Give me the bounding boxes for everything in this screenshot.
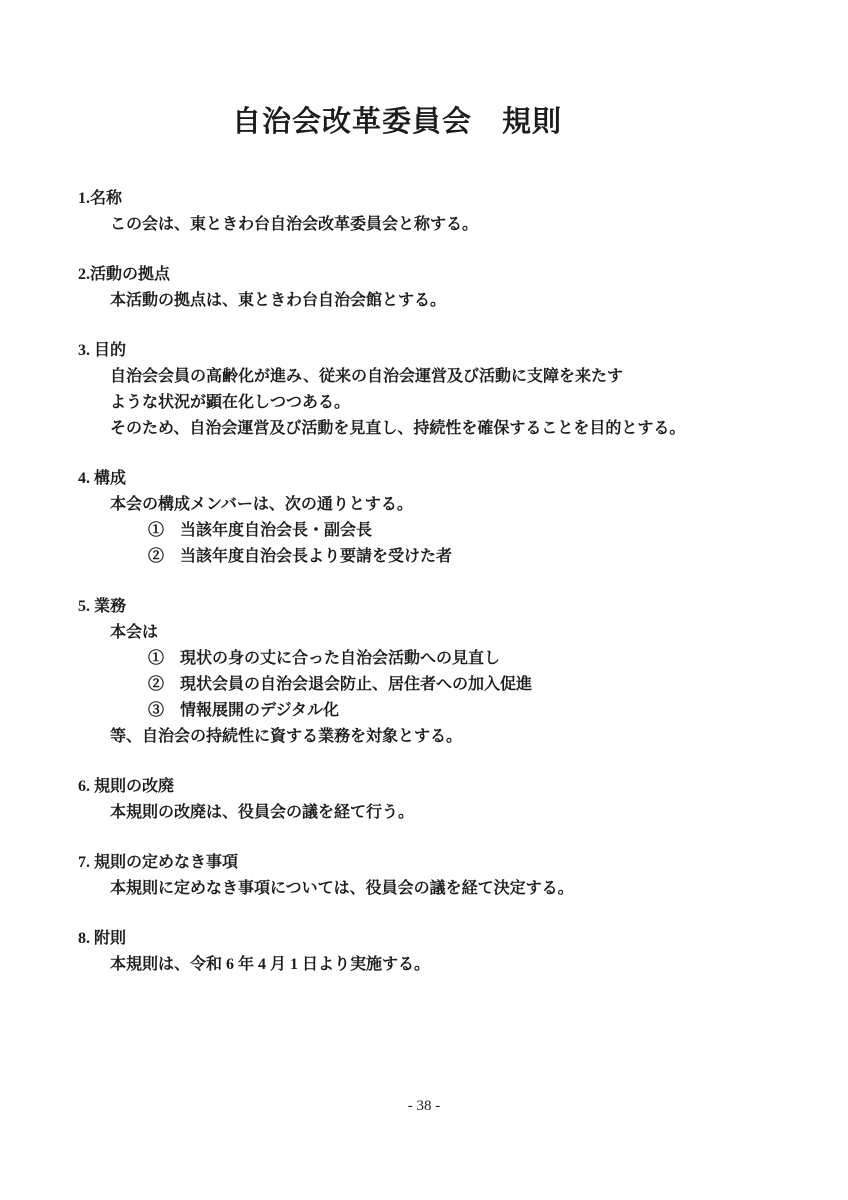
section-body-line: 本会の構成メンバーは、次の通りとする。	[78, 492, 770, 518]
page-title: 自治会改革委員会 規則	[78, 104, 716, 140]
section-heading: 2.活動の拠点	[78, 262, 770, 288]
section-heading: 6. 規則の改廃	[78, 774, 770, 800]
section-heading: 4. 構成	[78, 466, 770, 492]
section-7-unstipulated: 7. 規則の定めなき事項 本規則に定めなき事項については、役員会の議を経て決定す…	[78, 850, 770, 902]
section-body-line: 自治会会員の高齢化が進み、従来の自治会運営及び活動に支障を来たす	[78, 364, 770, 390]
section-list-item: ② 当該年度自治会長より要請を受けた者	[78, 544, 770, 570]
document-page: 自治会改革委員会 規則 1.名称 この会は、東ときわ台自治会改革委員会と称する。…	[0, 0, 848, 1200]
section-body-line: 等、自治会の持続性に資する業務を対象とする。	[78, 724, 770, 750]
section-5-duties: 5. 業務 本会は ① 現状の身の丈に合った自治会活動への見直し ② 現状会員の…	[78, 594, 770, 750]
section-heading: 7. 規則の定めなき事項	[78, 850, 770, 876]
section-heading: 5. 業務	[78, 594, 770, 620]
section-list-item: ① 現状の身の丈に合った自治会活動への見直し	[78, 646, 770, 672]
section-8-supplementary: 8. 附則 本規則は、令和 6 年 4 月 1 日より実施する。	[78, 926, 770, 978]
page-number: - 38 -	[0, 1096, 848, 1116]
section-4-members: 4. 構成 本会の構成メンバーは、次の通りとする。 ① 当該年度自治会長・副会長…	[78, 466, 770, 570]
section-body-line: 本活動の拠点は、東ときわ台自治会館とする。	[78, 288, 770, 314]
section-heading: 3. 目的	[78, 338, 770, 364]
section-6-amendment: 6. 規則の改廃 本規則の改廃は、役員会の議を経て行う。	[78, 774, 770, 826]
section-body-line: この会は、東ときわ台自治会改革委員会と称する。	[78, 212, 770, 238]
section-heading: 8. 附則	[78, 926, 770, 952]
section-heading: 1.名称	[78, 186, 770, 212]
section-body-line: 本規則は、令和 6 年 4 月 1 日より実施する。	[78, 952, 770, 978]
section-list-item: ② 現状会員の自治会退会防止、居住者への加入促進	[78, 672, 770, 698]
section-2-base: 2.活動の拠点 本活動の拠点は、東ときわ台自治会館とする。	[78, 262, 770, 314]
section-1-name: 1.名称 この会は、東ときわ台自治会改革委員会と称する。	[78, 186, 770, 238]
section-body-line: ような状況が顕在化しつつある。	[78, 390, 770, 416]
section-body-line: そのため、自治会運営及び活動を見直し、持続性を確保することを目的とする。	[78, 416, 770, 442]
section-body-line: 本規則に定めなき事項については、役員会の議を経て決定する。	[78, 876, 770, 902]
section-3-purpose: 3. 目的 自治会会員の高齢化が進み、従来の自治会運営及び活動に支障を来たす よ…	[78, 338, 770, 442]
section-body-line: 本会は	[78, 620, 770, 646]
document-content: 自治会改革委員会 規則 1.名称 この会は、東ときわ台自治会改革委員会と称する。…	[78, 104, 770, 1002]
section-body-line: 本規則の改廃は、役員会の議を経て行う。	[78, 800, 770, 826]
section-list-item: ① 当該年度自治会長・副会長	[78, 518, 770, 544]
section-list-item: ③ 情報展開のデジタル化	[78, 698, 770, 724]
